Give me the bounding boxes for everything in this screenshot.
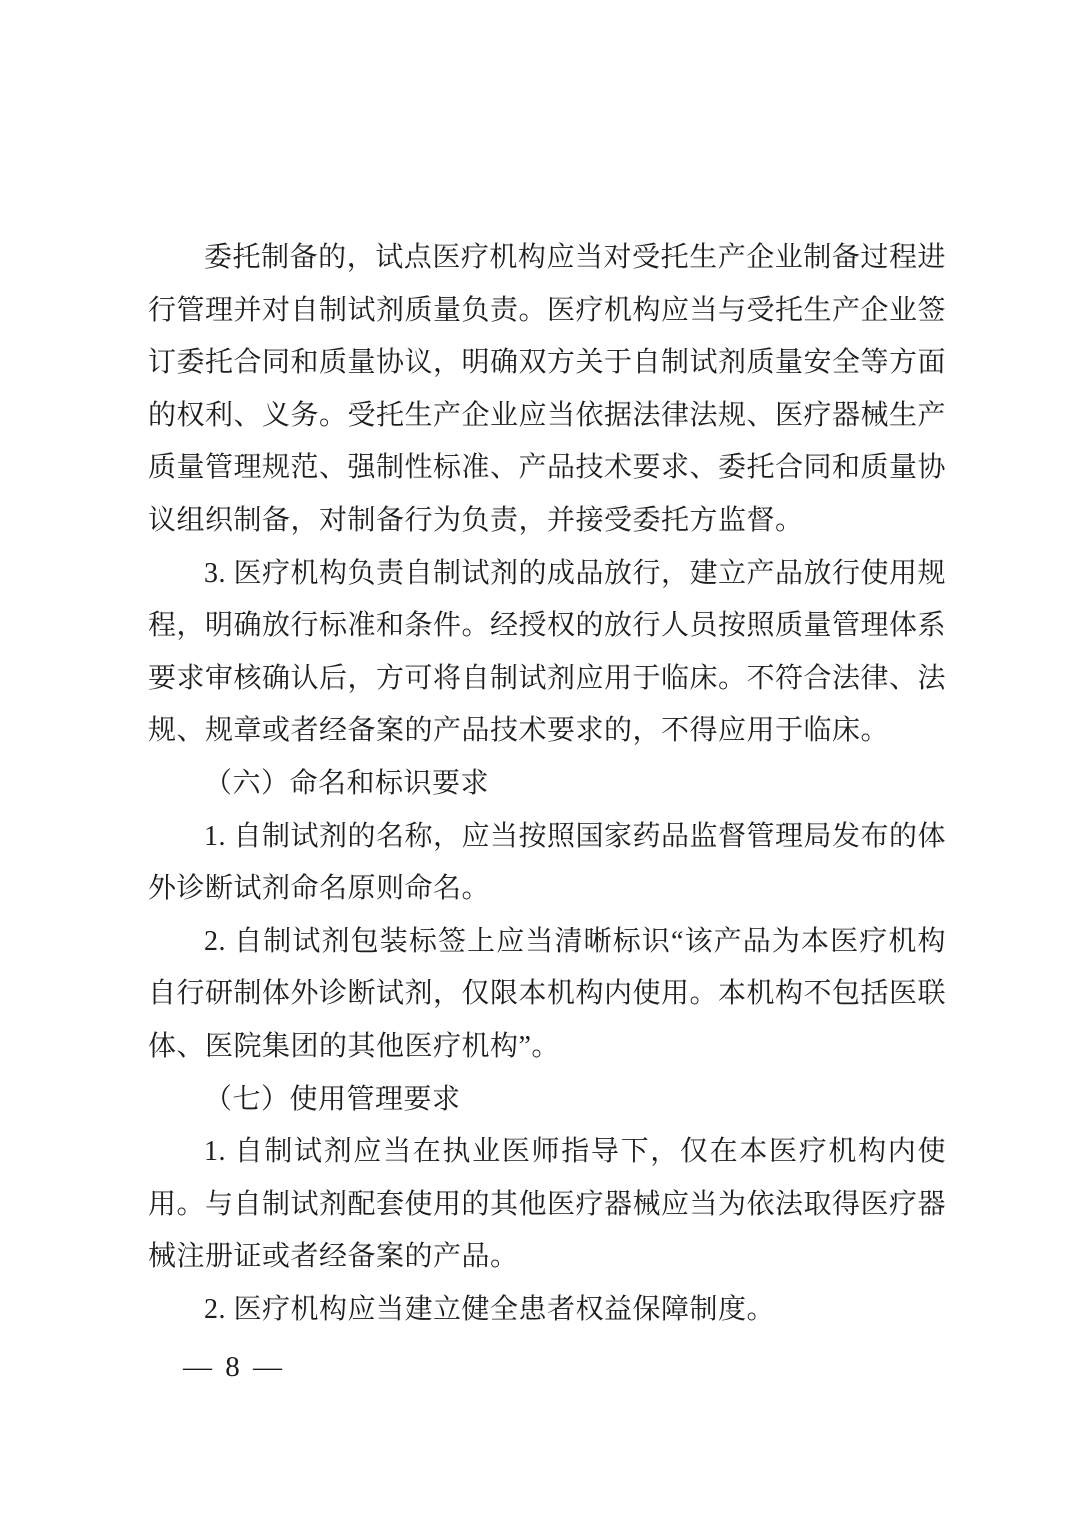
paragraph-item-2-patient-rights: 2. 医疗机构应当建立健全患者权益保障制度。 bbox=[148, 1284, 946, 1337]
text-line: 行管理并对自制试剂质量负责。医疗机构应当与受托生产企业签 bbox=[148, 285, 946, 338]
text-line: 议组织制备，对制备行为负责，并接受委托方监督。 bbox=[148, 495, 946, 548]
text-line: 规、规章或者经备案的产品技术要求的，不得应用于临床。 bbox=[148, 705, 946, 758]
text-line: 程，明确放行标准和条件。经授权的放行人员按照质量管理体系 bbox=[148, 600, 946, 653]
section-heading-7: （七）使用管理要求 bbox=[148, 1074, 946, 1127]
text-line: 外诊断试剂命名原则命名。 bbox=[148, 863, 946, 916]
document-text-block: 委托制备的，试点医疗机构应当对受托生产企业制备过程进 行管理并对自制试剂质量负责… bbox=[148, 232, 946, 1336]
section-heading-text: （七）使用管理要求 bbox=[148, 1074, 946, 1127]
text-line: 质量管理规范、强制性标准、产品技术要求、委托合同和质量协 bbox=[148, 442, 946, 495]
text-line: 用。与自制试剂配套使用的其他医疗器械应当为依法取得医疗器 bbox=[148, 1179, 946, 1232]
paragraph-item-1-usage: 1. 自制试剂应当在执业医师指导下，仅在本医疗机构内使 用。与自制试剂配套使用的… bbox=[148, 1126, 946, 1284]
paragraph-item-1-naming: 1. 自制试剂的名称，应当按照国家药品监督管理局发布的体 外诊断试剂命名原则命名… bbox=[148, 811, 946, 916]
page-footer: — 8 — bbox=[183, 1348, 285, 1386]
text-line: 要求审核确认后，方可将自制试剂应用于临床。不符合法律、法 bbox=[148, 653, 946, 706]
paragraph-commissioned-preparation: 委托制备的，试点医疗机构应当对受托生产企业制备过程进 行管理并对自制试剂质量负责… bbox=[148, 232, 946, 548]
text-line: 械注册证或者经备案的产品。 bbox=[148, 1231, 946, 1284]
text-line: 2. 自制试剂包装标签上应当清晰标识“该产品为本医疗机构 bbox=[148, 916, 946, 969]
text-line: 2. 医疗机构应当建立健全患者权益保障制度。 bbox=[148, 1284, 946, 1337]
text-line: 的权利、义务。受托生产企业应当依据法律法规、医疗器械生产 bbox=[148, 390, 946, 443]
text-line: 1. 自制试剂应当在执业医师指导下，仅在本医疗机构内使 bbox=[148, 1126, 946, 1179]
text-line: 1. 自制试剂的名称，应当按照国家药品监督管理局发布的体 bbox=[148, 811, 946, 864]
section-heading-text: （六）命名和标识要求 bbox=[148, 758, 946, 811]
section-heading-6: （六）命名和标识要求 bbox=[148, 758, 946, 811]
paragraph-item-3-product-release: 3. 医疗机构负责自制试剂的成品放行，建立产品放行使用规 程，明确放行标准和条件… bbox=[148, 548, 946, 758]
document-page: 委托制备的，试点医疗机构应当对受托生产企业制备过程进 行管理并对自制试剂质量负责… bbox=[0, 0, 1080, 1538]
text-line: 体、医院集团的其他医疗机构”。 bbox=[148, 1021, 946, 1074]
text-line: 3. 医疗机构负责自制试剂的成品放行，建立产品放行使用规 bbox=[148, 548, 946, 601]
text-line: 订委托合同和质量协议，明确双方关于自制试剂质量安全等方面 bbox=[148, 337, 946, 390]
text-line: 自行研制体外诊断试剂，仅限本机构内使用。本机构不包括医联 bbox=[148, 968, 946, 1021]
page-number: — 8 — bbox=[183, 1351, 285, 1383]
text-line: 委托制备的，试点医疗机构应当对受托生产企业制备过程进 bbox=[148, 232, 946, 285]
paragraph-item-2-labeling: 2. 自制试剂包装标签上应当清晰标识“该产品为本医疗机构 自行研制体外诊断试剂，… bbox=[148, 916, 946, 1074]
